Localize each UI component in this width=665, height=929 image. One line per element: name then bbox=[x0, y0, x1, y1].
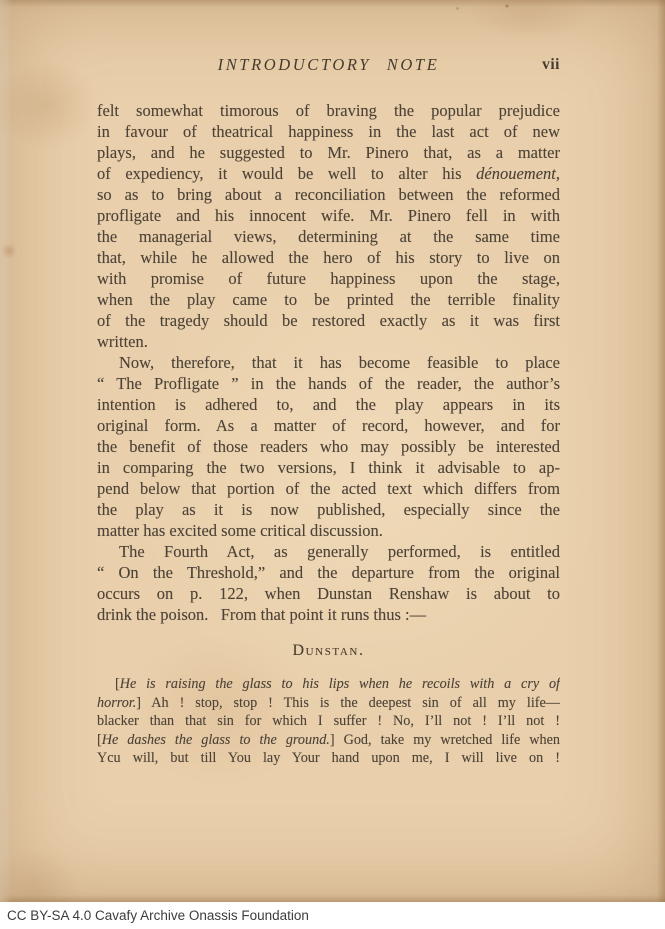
text-line: drink the poison. From that point it run… bbox=[97, 604, 560, 625]
text-line: Ycu will, but till You lay Your hand upo… bbox=[97, 749, 560, 768]
text-line: in comparing the two versions, I think i… bbox=[97, 457, 560, 478]
text-line: horror.] Ah ! stop, stop ! This is the d… bbox=[97, 694, 560, 713]
license-bar: CC BY-SA 4.0 Cavafy Archive Onassis Foun… bbox=[0, 902, 665, 929]
roman-run: original form. As a matter of record, ho… bbox=[97, 416, 560, 435]
roman-run: the play as it is now published, especia… bbox=[97, 500, 560, 519]
text-line: so as to bring about a reconciliation be… bbox=[97, 184, 560, 205]
roman-run: in favour of theatrical happiness in the… bbox=[97, 122, 560, 141]
italic-run: He is raising the glass to his lips when… bbox=[120, 676, 560, 692]
roman-run: Now, therefore, that it has become feasi… bbox=[119, 353, 560, 372]
license-text: CC BY-SA 4.0 Cavafy Archive Onassis Foun… bbox=[7, 908, 309, 923]
text-line: The Fourth Act, as generally performed, … bbox=[97, 541, 560, 562]
paragraph: felt somewhat timorous of braving the po… bbox=[97, 100, 560, 352]
text-line: the play as it is now published, especia… bbox=[97, 499, 560, 520]
roman-run: “ The Profligate ” in the hands of the r… bbox=[97, 374, 560, 393]
text-line: blacker than that sin for which I suffer… bbox=[97, 712, 560, 731]
text-line: felt somewhat timorous of braving the po… bbox=[97, 100, 560, 121]
text-line: intention is adhered to, and the play ap… bbox=[97, 394, 560, 415]
text-line: the managerial views, determining at the… bbox=[97, 226, 560, 247]
text-line: [He is raising the glass to his lips whe… bbox=[97, 675, 560, 694]
italic-run: dénouement, bbox=[476, 164, 560, 183]
roman-run: the benefit of those readers who may pos… bbox=[97, 437, 560, 456]
scanned-book-page: INTRODUCTORY NOTE vii felt somewhat timo… bbox=[0, 0, 665, 929]
text-line: plays, and he suggested to Mr. Pinero th… bbox=[97, 142, 560, 163]
paper-background: INTRODUCTORY NOTE vii felt somewhat timo… bbox=[0, 0, 665, 902]
roman-run: when the play came to be printed the ter… bbox=[97, 290, 560, 309]
roman-run: plays, and he suggested to Mr. Pinero th… bbox=[97, 143, 560, 162]
running-header: INTRODUCTORY NOTE vii bbox=[97, 55, 560, 77]
text-line: “ On the Threshold,” and the departure f… bbox=[97, 562, 560, 583]
roman-run: with promise of future happiness upon th… bbox=[97, 269, 560, 288]
roman-run: ] God, take my wretched life when bbox=[330, 732, 560, 748]
roman-run: pend below that portion of the acted tex… bbox=[97, 479, 560, 498]
roman-run: Ycu will, but till You lay Your hand upo… bbox=[97, 750, 560, 766]
roman-run: of expediency, it would be well to alter… bbox=[97, 164, 476, 183]
roman-run: profligate and his innocent wife. Mr. Pi… bbox=[97, 206, 560, 225]
paragraph: Now, therefore, that it has become feasi… bbox=[97, 352, 560, 541]
text-line: of expediency, it would be well to alter… bbox=[97, 163, 560, 184]
page-number: vii bbox=[542, 56, 560, 74]
roman-run: felt somewhat timorous of braving the po… bbox=[97, 101, 560, 120]
speaker-heading: Dunstan. bbox=[97, 641, 560, 661]
text-line: with promise of future happiness upon th… bbox=[97, 268, 560, 289]
roman-run: intention is adhered to, and the play ap… bbox=[97, 395, 560, 414]
text-line: when the play came to be printed the ter… bbox=[97, 289, 560, 310]
roman-run: blacker than that sin for which I suffer… bbox=[97, 713, 560, 729]
play-excerpt: [He is raising the glass to his lips whe… bbox=[97, 675, 560, 768]
roman-run: occurs on p. 122, when Dunstan Renshaw i… bbox=[97, 584, 560, 603]
roman-run: written. bbox=[97, 332, 148, 351]
roman-run: ] Ah ! stop, stop ! This is the deepest … bbox=[136, 695, 560, 711]
text-line: the benefit of those readers who may pos… bbox=[97, 436, 560, 457]
text-line: original form. As a matter of record, ho… bbox=[97, 415, 560, 436]
roman-run: that, while he allowed the hero of his s… bbox=[97, 248, 560, 267]
text-line: “ The Profligate ” in the hands of the r… bbox=[97, 373, 560, 394]
text-line: written. bbox=[97, 331, 560, 352]
paragraph: The Fourth Act, as generally performed, … bbox=[97, 541, 560, 625]
body-paragraphs: felt somewhat timorous of braving the po… bbox=[97, 100, 560, 625]
roman-run: of the tragedy should be restored exactl… bbox=[97, 311, 560, 330]
roman-run: “ On the Threshold,” and the departure f… bbox=[97, 563, 560, 582]
text-line: profligate and his innocent wife. Mr. Pi… bbox=[97, 205, 560, 226]
roman-run: drink the poison. From that point it run… bbox=[97, 605, 426, 624]
italic-run: horror. bbox=[97, 695, 136, 711]
roman-run: in comparing the two versions, I think i… bbox=[97, 458, 560, 477]
text-line: [He dashes the glass to the ground.] God… bbox=[97, 731, 560, 750]
italic-run: He dashes the glass to the ground. bbox=[102, 732, 330, 748]
roman-run: matter has excited some critical discuss… bbox=[97, 521, 383, 540]
text-line: pend below that portion of the acted tex… bbox=[97, 478, 560, 499]
roman-run: the managerial views, determining at the… bbox=[97, 227, 560, 246]
roman-run: The Fourth Act, as generally performed, … bbox=[119, 542, 560, 561]
text-line: occurs on p. 122, when Dunstan Renshaw i… bbox=[97, 583, 560, 604]
text-column: felt somewhat timorous of braving the po… bbox=[97, 100, 560, 768]
header-title: INTRODUCTORY NOTE bbox=[218, 55, 440, 74]
text-line: in favour of theatrical happiness in the… bbox=[97, 121, 560, 142]
text-line: that, while he allowed the hero of his s… bbox=[97, 247, 560, 268]
text-line: matter has excited some critical discuss… bbox=[97, 520, 560, 541]
text-line: of the tragedy should be restored exactl… bbox=[97, 310, 560, 331]
text-line: Now, therefore, that it has become feasi… bbox=[97, 352, 560, 373]
roman-run: so as to bring about a reconciliation be… bbox=[97, 185, 560, 204]
